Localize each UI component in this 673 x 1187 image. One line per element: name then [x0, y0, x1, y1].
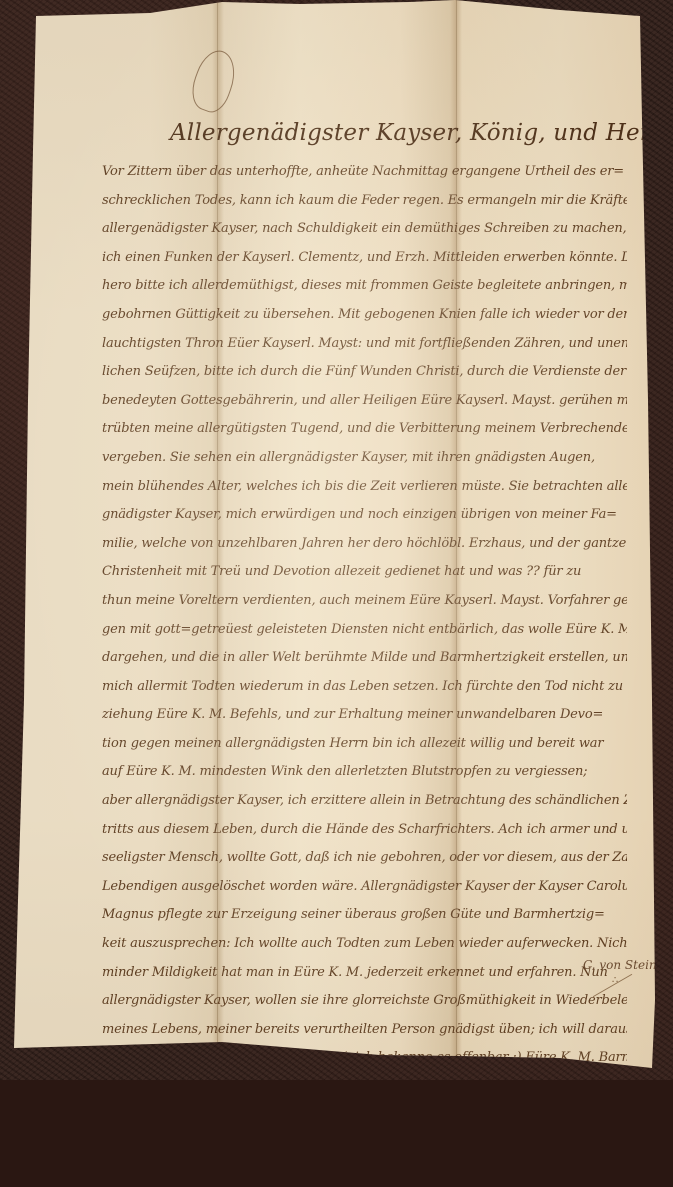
letter-body: Vor Zittern über das unterhoffte, anheüt…	[102, 158, 627, 1080]
body-line: dargehen, und die in aller Welt berühmte…	[102, 644, 627, 673]
body-line: auf Eüre K. M. mindesten Wink den allerl…	[102, 758, 627, 787]
body-line: aber allergnädigster Kayser, ich erzitte…	[102, 787, 627, 816]
body-line: allergnädigster Kayser, wollen sie ihre …	[102, 987, 627, 1016]
closing-dots-icon: ∴	[612, 975, 618, 986]
body-line: gen mit gott=getreüest geleisteten Diens…	[102, 616, 627, 645]
body-line: schrecklichen Todes, kann ich kaum die F…	[102, 187, 627, 216]
body-line: gebohrnen Güttigkeit zu übersehen. Mit g…	[102, 301, 627, 330]
body-line: meines Lebens, meiner bereits verurtheil…	[102, 1016, 627, 1045]
body-line: vergeben. Sie sehen ein allergnädigster …	[102, 444, 627, 473]
body-line: keit auszusprechen: Ich wollte auch Todt…	[102, 930, 627, 959]
body-line: mein blühendes Alter, welches ich bis di…	[102, 473, 627, 502]
body-line: gnädigster Kayser, mich erwürdigen und n…	[102, 501, 627, 530]
letter-salutation: Allergenädigster Kayser, König, und Herr…	[170, 120, 673, 146]
body-line: allergenädigster Kayser, nach Schuldigke…	[102, 215, 627, 244]
body-line: benedeyten Gottesgebährerin, und aller H…	[102, 387, 627, 416]
initial-flourish-icon	[186, 45, 243, 116]
body-line: thun meine Voreltern verdienten, auch me…	[102, 587, 627, 616]
body-line: lichen Seüfzen, bitte ich durch die Fünf…	[102, 358, 627, 387]
body-line: trübten meine allergütigsten Tugend, und…	[102, 415, 627, 444]
body-line: hero bitte ich allerdemüthigst, dieses m…	[102, 272, 627, 301]
body-line: Magnus pflegte zur Erzeigung seiner über…	[102, 901, 627, 930]
body-line: minder Mildigkeit hat man in Eüre K. M. …	[102, 959, 627, 988]
body-line: milie, welche von unzehlbaren Jahren her…	[102, 530, 627, 559]
body-line: Vor Zittern über das unterhoffte, anheüt…	[102, 158, 627, 187]
body-line: Lebendigen ausgelöschet worden wäre. All…	[102, 873, 627, 902]
body-line: seeligster Mensch, wollte Gott, daß ich …	[102, 844, 627, 873]
letter-signature: C. von Stein	[583, 958, 657, 972]
letter-paper: Allergenädigster Kayser, König, und Herr…	[0, 0, 673, 1080]
body-line: tion gegen meinen allergnädigsten Herrn …	[102, 730, 627, 759]
body-line: mich allermit Todten wiederum in das Leb…	[102, 673, 627, 702]
body-line: tritts aus diesem Leben, durch die Hände…	[102, 816, 627, 845]
body-line: ich einen Funken der Kayserl. Clementz, …	[102, 244, 627, 273]
body-line: ziehung Eüre K. M. Befehls, und zur Erha…	[102, 701, 627, 730]
body-line: lauchtigsten Thron Eüer Kayserl. Mayst: …	[102, 330, 627, 359]
body-line: Christenheit mit Treü und Devotion allez…	[102, 558, 627, 587]
